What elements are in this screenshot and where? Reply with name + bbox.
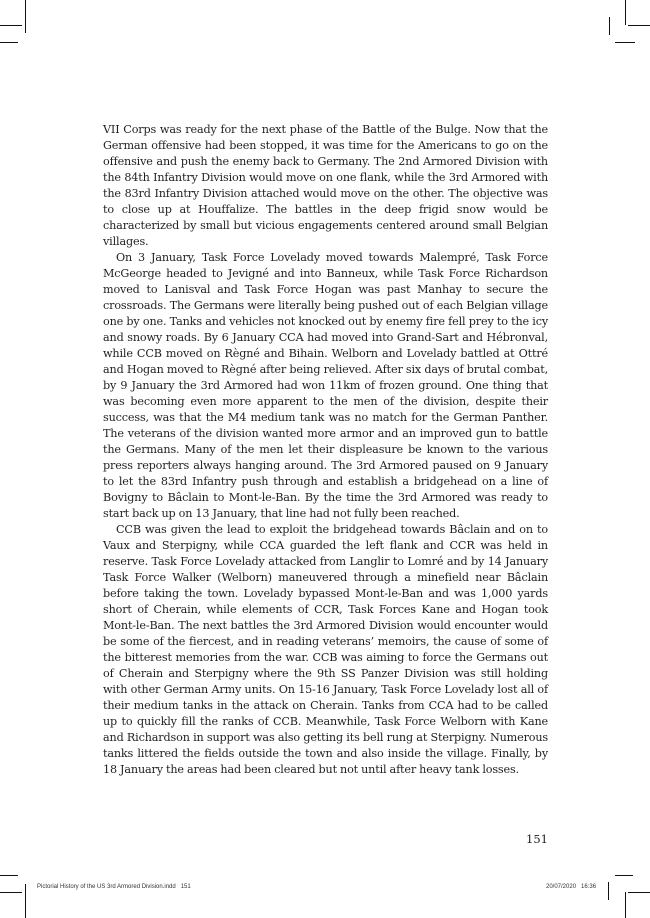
paragraph: CCB was given the lead to exploit the br… xyxy=(103,522,548,778)
bleed-mark-top-right-vertical xyxy=(609,17,610,35)
crop-mark-top-left-horizontal xyxy=(0,25,22,26)
bleed-mark-top-left-horizontal xyxy=(0,42,18,43)
bleed-mark-bottom-right-horizontal xyxy=(615,875,633,876)
crop-mark-top-right-vertical xyxy=(625,0,626,25)
crop-mark-bottom-left-horizontal xyxy=(0,892,22,893)
crop-mark-bottom-right-horizontal xyxy=(628,892,650,893)
crop-mark-bottom-left-vertical xyxy=(25,884,26,918)
body-text: VII Corps was ready for the next phase o… xyxy=(103,122,548,778)
paragraph: VII Corps was ready for the next phase o… xyxy=(103,122,548,250)
document-page: VII Corps was ready for the next phase o… xyxy=(0,0,650,918)
slug-datetime: 20/07/2020 16:36 xyxy=(546,884,596,890)
slug-filename: Pictorial History of the US 3rd Armored … xyxy=(37,884,191,890)
bleed-mark-top-right-horizontal xyxy=(615,42,635,43)
bleed-mark-bottom-left-horizontal xyxy=(0,875,18,876)
paragraph: On 3 January, Task Force Lovelady moved … xyxy=(103,250,548,522)
page-number: 151 xyxy=(526,832,548,846)
crop-mark-top-left-vertical xyxy=(25,0,26,33)
crop-mark-bottom-right-vertical xyxy=(625,892,626,918)
crop-mark-top-right-horizontal xyxy=(628,25,650,26)
bleed-mark-bottom-right-vertical xyxy=(608,882,609,900)
